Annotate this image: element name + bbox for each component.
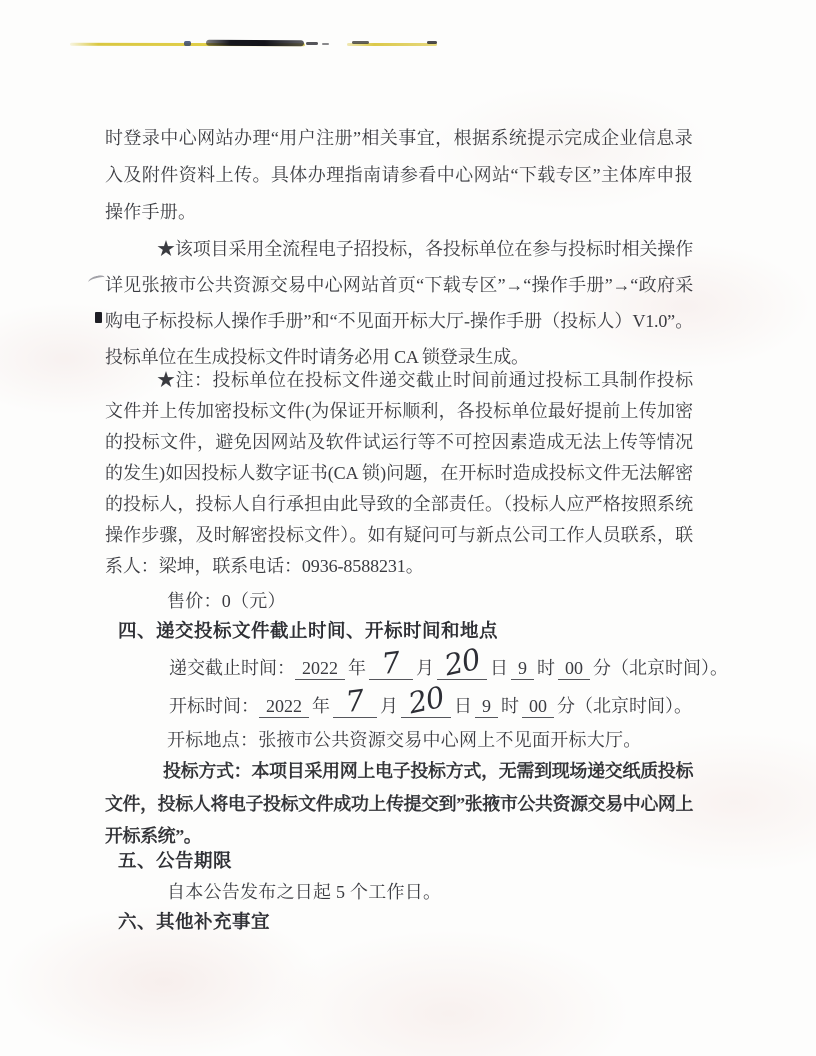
submission-deadline-label: 递交截止时间： xyxy=(169,658,295,678)
scan-artifact-black-dash-small xyxy=(322,43,329,45)
submission-deadline-hour-unit: 时 xyxy=(537,658,555,678)
paragraph-bid-method: 投标方式：本项目采用网上电子投标方式，无需到现场递交纸质投标文件，投标人将电子投… xyxy=(105,755,693,853)
bid-opening-time-label: 开标时间： xyxy=(169,696,259,716)
scan-artifact-black-dash xyxy=(306,42,318,45)
bid-opening-day: 20 xyxy=(401,692,451,718)
scan-artifact-yellow-line-right xyxy=(347,43,437,46)
submission-deadline-hour: 9 xyxy=(511,657,534,680)
bid-opening-month-unit: 月 xyxy=(380,696,398,716)
submission-deadline-minute: 00 xyxy=(558,657,590,680)
submission-deadline-day-unit: 日 xyxy=(490,658,508,678)
bid-opening-minute: 00 xyxy=(522,695,554,718)
scan-artifact-yellow-line-left xyxy=(70,43,305,47)
section-heading-6: 六、其他补充事宜 xyxy=(118,907,693,939)
bid-opening-year-unit: 年 xyxy=(312,696,330,716)
scan-artifact-blue-dot xyxy=(184,41,191,46)
scanned-document-page: 时登录中心网站办理“用户注册”相关事宜，根据系统提示完成企业信息录入及附件资料上… xyxy=(0,0,816,1056)
submission-deadline-tail: 分（北京时间）。 xyxy=(593,658,728,678)
handwritten-month: 7 xyxy=(344,690,365,712)
submission-deadline-day: 20 xyxy=(437,654,487,680)
bid-opening-hour-unit: 时 xyxy=(501,696,519,716)
section-heading-4: 四、递交投标文件截止时间、开标时间和地点 xyxy=(118,616,693,648)
handwritten-month: 7 xyxy=(380,652,401,674)
scan-artifact-margin-block xyxy=(95,312,102,323)
submission-deadline-year-unit: 年 xyxy=(348,658,366,678)
paragraph-e-bidding-process: ★该项目采用全流程电子招投标，各投标单位在参与投标时相关操作详见张掖市公共资源交… xyxy=(105,231,693,375)
bid-opening-month: 7 xyxy=(333,692,377,718)
bid-opening-hour: 9 xyxy=(475,695,498,718)
paragraph-bid-note: ★注：投标单位在投标文件递交截止时间前通过投标工具制作投标文件并上传加密投标文件… xyxy=(105,365,693,582)
handwritten-day: 20 xyxy=(442,649,480,676)
bid-opening-day-unit: 日 xyxy=(454,696,472,716)
scan-artifact-dark-dash-left xyxy=(352,41,369,44)
announcement-period-line: 自本公告发布之日起 5 个工作日。 xyxy=(105,877,693,908)
submission-deadline-month: 7 xyxy=(369,654,413,680)
scan-artifact-margin-squiggle xyxy=(87,274,105,285)
scan-artifact-dark-dash-right xyxy=(427,41,437,44)
section-heading-5: 五、公告期限 xyxy=(118,846,693,878)
price-line: 售价：0（元） xyxy=(105,586,693,617)
paragraph-user-registration: 时登录中心网站办理“用户注册”相关事宜，根据系统提示完成企业信息录入及附件资料上… xyxy=(105,120,693,231)
bid-opening-place-line: 开标地点：张掖市公共资源交易中心网上不见面开标大厅。 xyxy=(105,724,693,756)
scan-artifact-black-smear xyxy=(206,40,304,47)
submission-deadline-year: 2022 xyxy=(295,657,345,680)
bid-opening-time-line: 开标时间：2022年7月20日9时00分（北京时间）。 xyxy=(105,686,769,726)
handwritten-day: 20 xyxy=(406,687,444,714)
bid-opening-tail: 分（北京时间）。 xyxy=(557,696,692,716)
bid-opening-year: 2022 xyxy=(259,695,309,718)
submission-deadline-month-unit: 月 xyxy=(416,658,434,678)
